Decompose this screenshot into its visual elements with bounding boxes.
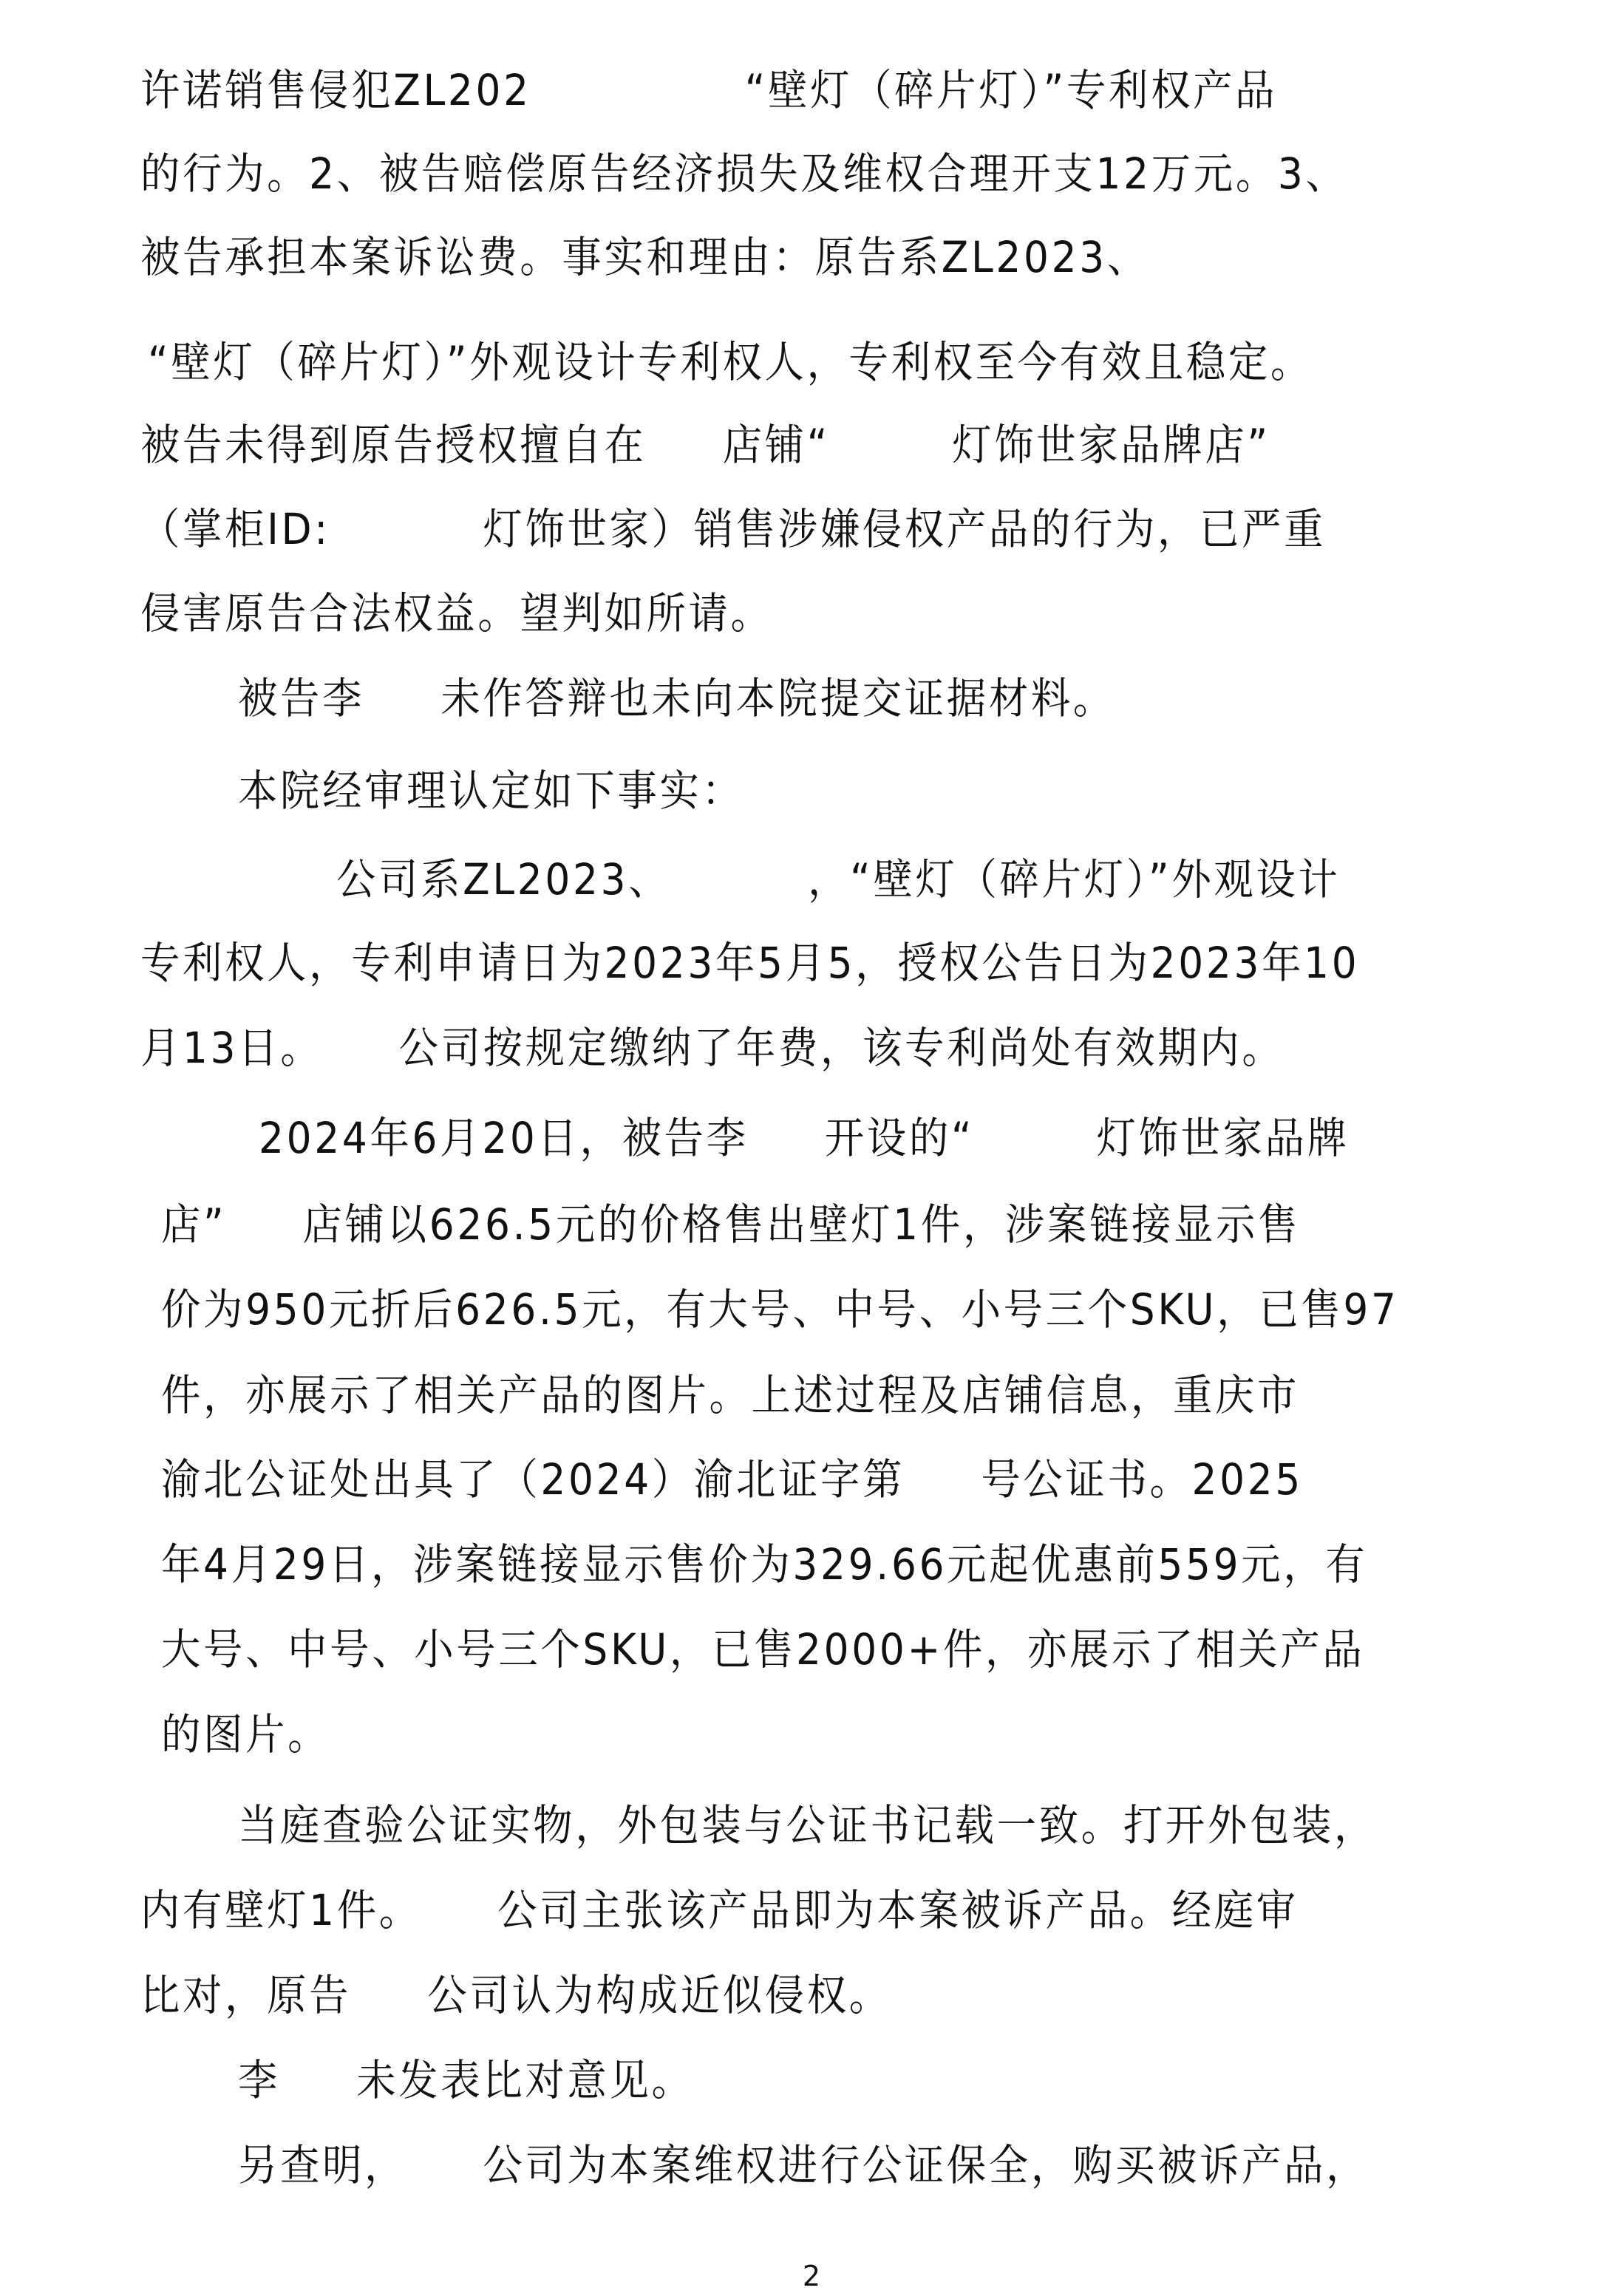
document-page: 许诺销售侵犯ZL202 “壁灯（碎片灯）”专利权产品 的行为。2、被告赔偿原告经… bbox=[0, 0, 1623, 2296]
body-line-6: （掌柜ID: 灯饰世家）销售涉嫌侵权产品的行为，已严重 bbox=[140, 500, 1326, 559]
body-line-18: 年4月29日，涉案链接显示售价为329.66元起优惠前559元，有 bbox=[161, 1535, 1367, 1594]
body-line-16: 件，亦展示了相关产品的图片。上述过程及店铺信息，重庆市 bbox=[161, 1366, 1299, 1425]
body-line-24: 李 未发表比对意见。 bbox=[238, 2051, 694, 2110]
body-line-25: 另查明， 公司为本案维权进行公证保全，购买被诉产品， bbox=[238, 2136, 1368, 2195]
body-line-22: 内有壁灯1件。 公司主张该产品即为本案被诉产品。经庭审 bbox=[140, 1881, 1299, 1940]
body-line-21: 当庭查验公证实物，外包装与公证书记载一致。打开外包装， bbox=[238, 1796, 1376, 1855]
body-line-20: 的图片。 bbox=[161, 1705, 330, 1764]
body-line-1: 许诺销售侵犯ZL202 “壁灯（碎片灯）”专利权产品 bbox=[140, 61, 1277, 120]
body-line-13: 2024年6月20日，被告李 开设的“ 灯饰世家品牌 bbox=[259, 1108, 1350, 1168]
body-line-8: 被告李 未作答辩也未向本院提交证据材料。 bbox=[238, 669, 1115, 728]
body-line-4: “壁灯（碎片灯）”外观设计专利权人，专利权至今有效且稳定。 bbox=[148, 333, 1313, 392]
body-line-2: 的行为。2、被告赔偿原告经济损失及维权合理开支12万元。3、 bbox=[140, 144, 1348, 203]
body-line-10: 公司系ZL2023、 ，“壁灯（碎片灯）”外观设计 bbox=[336, 850, 1341, 909]
body-line-7: 侵害原告合法权益。望判如所请。 bbox=[140, 584, 773, 643]
body-line-12: 月13日。 公司按规定缴纳了年费，该专利尚处有效期内。 bbox=[140, 1018, 1284, 1077]
body-line-19: 大号、中号、小号三个SKU，已售2000+件，亦展示了相关产品 bbox=[161, 1620, 1364, 1679]
body-line-15: 价为950元折后626.5元，有大号、中号、小号三个SKU，已售97 bbox=[161, 1280, 1399, 1339]
body-line-23: 比对，原告 公司认为构成近似侵权。 bbox=[140, 1966, 891, 2025]
body-line-17: 渝北公证处出具了（2024）渝北证字第 号公证书。2025 bbox=[161, 1450, 1303, 1509]
body-line-14: 店” 店铺以626.5元的价格售出壁灯1件，涉案链接显示售 bbox=[161, 1195, 1300, 1254]
page-number: 2 bbox=[0, 2260, 1623, 2292]
body-line-3: 被告承担本案诉讼费。事实和理由：原告系ZL2023、 bbox=[140, 228, 1149, 287]
body-line-11: 专利权人，专利申请日为2023年5月5，授权公告日为2023年10 bbox=[140, 933, 1359, 992]
body-line-5: 被告未得到原告授权擅自在 店铺“ 灯饰世家品牌店” bbox=[140, 415, 1270, 474]
section-heading-facts: 本院经审理认定如下事实： bbox=[238, 761, 744, 820]
